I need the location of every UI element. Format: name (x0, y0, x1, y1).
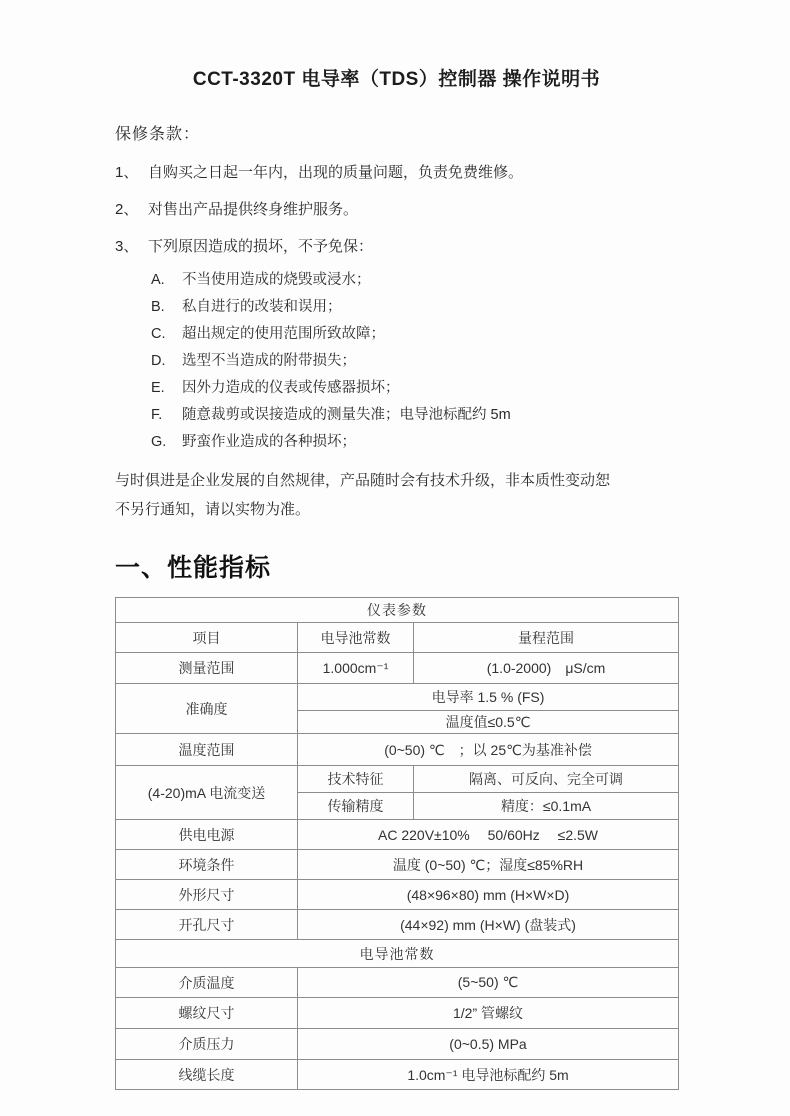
item-letter: D. (151, 348, 182, 375)
spec-table: 仪表参数 项目 电导池常数 量程范围 测量范围 1.000cm⁻¹ (1.0-2… (115, 597, 679, 1090)
spec-label: 准确度 (116, 684, 298, 734)
warranty-heading: 保修条款： (115, 121, 678, 144)
item-letter: E. (151, 375, 182, 402)
spec-value: (48×96×80) mm (H×W×D) (298, 880, 679, 910)
notice-line: 不另行通知，请以实物为准。 (115, 495, 678, 524)
group-header-cell: 电导池常数 (116, 940, 679, 968)
spec-value: 1.0cm⁻¹ 电导池标配约 5m (298, 1060, 679, 1090)
warranty-item: 1、 自购买之日起一年内，出现的质量问题，负责免费维修。 (115, 165, 678, 181)
item-letter: A. (151, 267, 182, 294)
group-header-meter: 仪表参数 (116, 598, 679, 623)
table-row-cable: 线缆长度 1.0cm⁻¹ 电导池标配约 5m (116, 1060, 679, 1090)
spec-value: 温度值≤0.5℃ (298, 711, 679, 734)
spec-label: 温度范围 (116, 734, 298, 766)
table-row-environment: 环境条件 温度 (0~50) ℃；湿度≤85%RH (116, 850, 679, 880)
spec-value: 电导率 1.5 % (FS) (298, 684, 679, 711)
item-text: 自购买之日起一年内，出现的质量问题，负责免费维修。 (148, 165, 523, 181)
item-letter: F. (151, 402, 182, 429)
spec-label: 介质温度 (116, 968, 298, 998)
table-row-power: 供电电源 AC 220V±10% 50/60Hz ≤2.5W (116, 820, 679, 850)
col-header-cell-constant: 电导池常数 (298, 623, 414, 653)
spec-label: 测量范围 (116, 653, 298, 684)
spec-value: (0~50) ℃ ；以 25℃为基准补偿 (298, 734, 679, 766)
exclusion-item: A. 不当使用造成的烧毁或浸水； (151, 267, 678, 294)
table-row-columns: 项目 电导池常数 量程范围 (116, 623, 679, 653)
item-number: 3、 (115, 239, 148, 255)
spec-constant: 1.000cm⁻¹ (298, 653, 414, 684)
section-heading-performance: 一、性能指标 (115, 548, 678, 584)
item-text: 选型不当造成的附带损失； (182, 348, 356, 375)
item-text: 私自进行的改装和误用； (182, 294, 342, 321)
item-letter: C. (151, 321, 182, 348)
col-header-item: 项目 (116, 623, 298, 653)
table-row-dimensions: 外形尺寸 (48×96×80) mm (H×W×D) (116, 880, 679, 910)
spec-label: 供电电源 (116, 820, 298, 850)
table-row-transmit-1: (4-20)mA 电流变送 技术特征 隔离、可反向、完全可调 (116, 766, 679, 793)
spec-label: 开孔尺寸 (116, 910, 298, 940)
exclusion-item: E. 因外力造成的仪表或传感器损坏； (151, 375, 678, 402)
spec-label: 螺纹尺寸 (116, 998, 298, 1029)
item-text: 对售出产品提供终身维护服务。 (148, 202, 358, 218)
item-text: 野蛮作业造成的各种损坏； (182, 429, 356, 456)
exclusion-item: F. 随意裁剪或误接造成的测量失准；电导池标配约 5m (151, 402, 678, 429)
spec-key: 技术特征 (298, 766, 414, 793)
exclusion-item: G. 野蛮作业造成的各种损坏； (151, 429, 678, 456)
manual-page: CCT-3320T 电导率（TDS）控制器 操作说明书 保修条款： 1、 自购买… (0, 0, 790, 1116)
item-text: 不当使用造成的烧毁或浸水； (182, 267, 371, 294)
spec-value: (5~50) ℃ (298, 968, 679, 998)
spec-key: 传输精度 (298, 793, 414, 820)
table-row-medium-temp: 介质温度 (5~50) ℃ (116, 968, 679, 998)
exclusion-list: A. 不当使用造成的烧毁或浸水； B. 私自进行的改装和误用； C. 超出规定的… (151, 267, 678, 456)
item-text: 下列原因造成的损坏，不予免保： (148, 239, 373, 255)
exclusion-item: B. 私自进行的改装和误用； (151, 294, 678, 321)
spec-label: (4-20)mA 电流变送 (116, 766, 298, 820)
exclusion-item: D. 选型不当造成的附带损失； (151, 348, 678, 375)
spec-value: (44×92) mm (H×W) (盘装式) (298, 910, 679, 940)
table-row-measure-range: 测量范围 1.000cm⁻¹ (1.0-2000) μS/cm (116, 653, 679, 684)
page-title: CCT-3320T 电导率（TDS）控制器 操作说明书 (115, 64, 678, 91)
table-row-group2: 电导池常数 (116, 940, 679, 968)
item-letter: G. (151, 429, 182, 456)
table-row-thread: 螺纹尺寸 1/2” 管螺纹 (116, 998, 679, 1029)
spec-range: (1.0-2000) μS/cm (414, 653, 679, 684)
table-row-cutout: 开孔尺寸 (44×92) mm (H×W) (盘装式) (116, 910, 679, 940)
spec-label: 介质压力 (116, 1029, 298, 1060)
item-letter: B. (151, 294, 182, 321)
table-row-pressure: 介质压力 (0~0.5) MPa (116, 1029, 679, 1060)
notice-line: 与时俱进是企业发展的自然规律，产品随时会有技术升级，非本质性变动恕 (115, 466, 678, 495)
spec-label: 环境条件 (116, 850, 298, 880)
spec-value: 温度 (0~50) ℃；湿度≤85%RH (298, 850, 679, 880)
spec-value: 精度：≤0.1mA (414, 793, 679, 820)
item-text: 因外力造成的仪表或传感器损坏； (182, 375, 400, 402)
spec-label: 线缆长度 (116, 1060, 298, 1090)
warranty-item: 2、 对售出产品提供终身维护服务。 (115, 202, 678, 218)
item-text: 超出规定的使用范围所致故障； (182, 321, 385, 348)
warranty-item: 3、 下列原因造成的损坏，不予免保： (115, 239, 678, 255)
item-text: 随意裁剪或误接造成的测量失准；电导池标配约 5m (182, 402, 511, 429)
item-number: 2、 (115, 202, 148, 218)
spec-value: AC 220V±10% 50/60Hz ≤2.5W (298, 820, 679, 850)
spec-value: (0~0.5) MPa (298, 1029, 679, 1060)
upgrade-notice: 与时俱进是企业发展的自然规律，产品随时会有技术升级，非本质性变动恕 不另行通知，… (115, 466, 678, 524)
spec-value: 隔离、可反向、完全可调 (414, 766, 679, 793)
table-row-accuracy-1: 准确度 电导率 1.5 % (FS) (116, 684, 679, 711)
spec-label: 外形尺寸 (116, 880, 298, 910)
exclusion-item: C. 超出规定的使用范围所致故障； (151, 321, 678, 348)
warranty-list: 1、 自购买之日起一年内，出现的质量问题，负责免费维修。 2、 对售出产品提供终… (115, 165, 678, 255)
spec-value: 1/2” 管螺纹 (298, 998, 679, 1029)
col-header-range: 量程范围 (414, 623, 679, 653)
item-number: 1、 (115, 165, 148, 181)
table-row-temp-range: 温度范围 (0~50) ℃ ；以 25℃为基准补偿 (116, 734, 679, 766)
table-row-group1: 仪表参数 (116, 598, 679, 623)
